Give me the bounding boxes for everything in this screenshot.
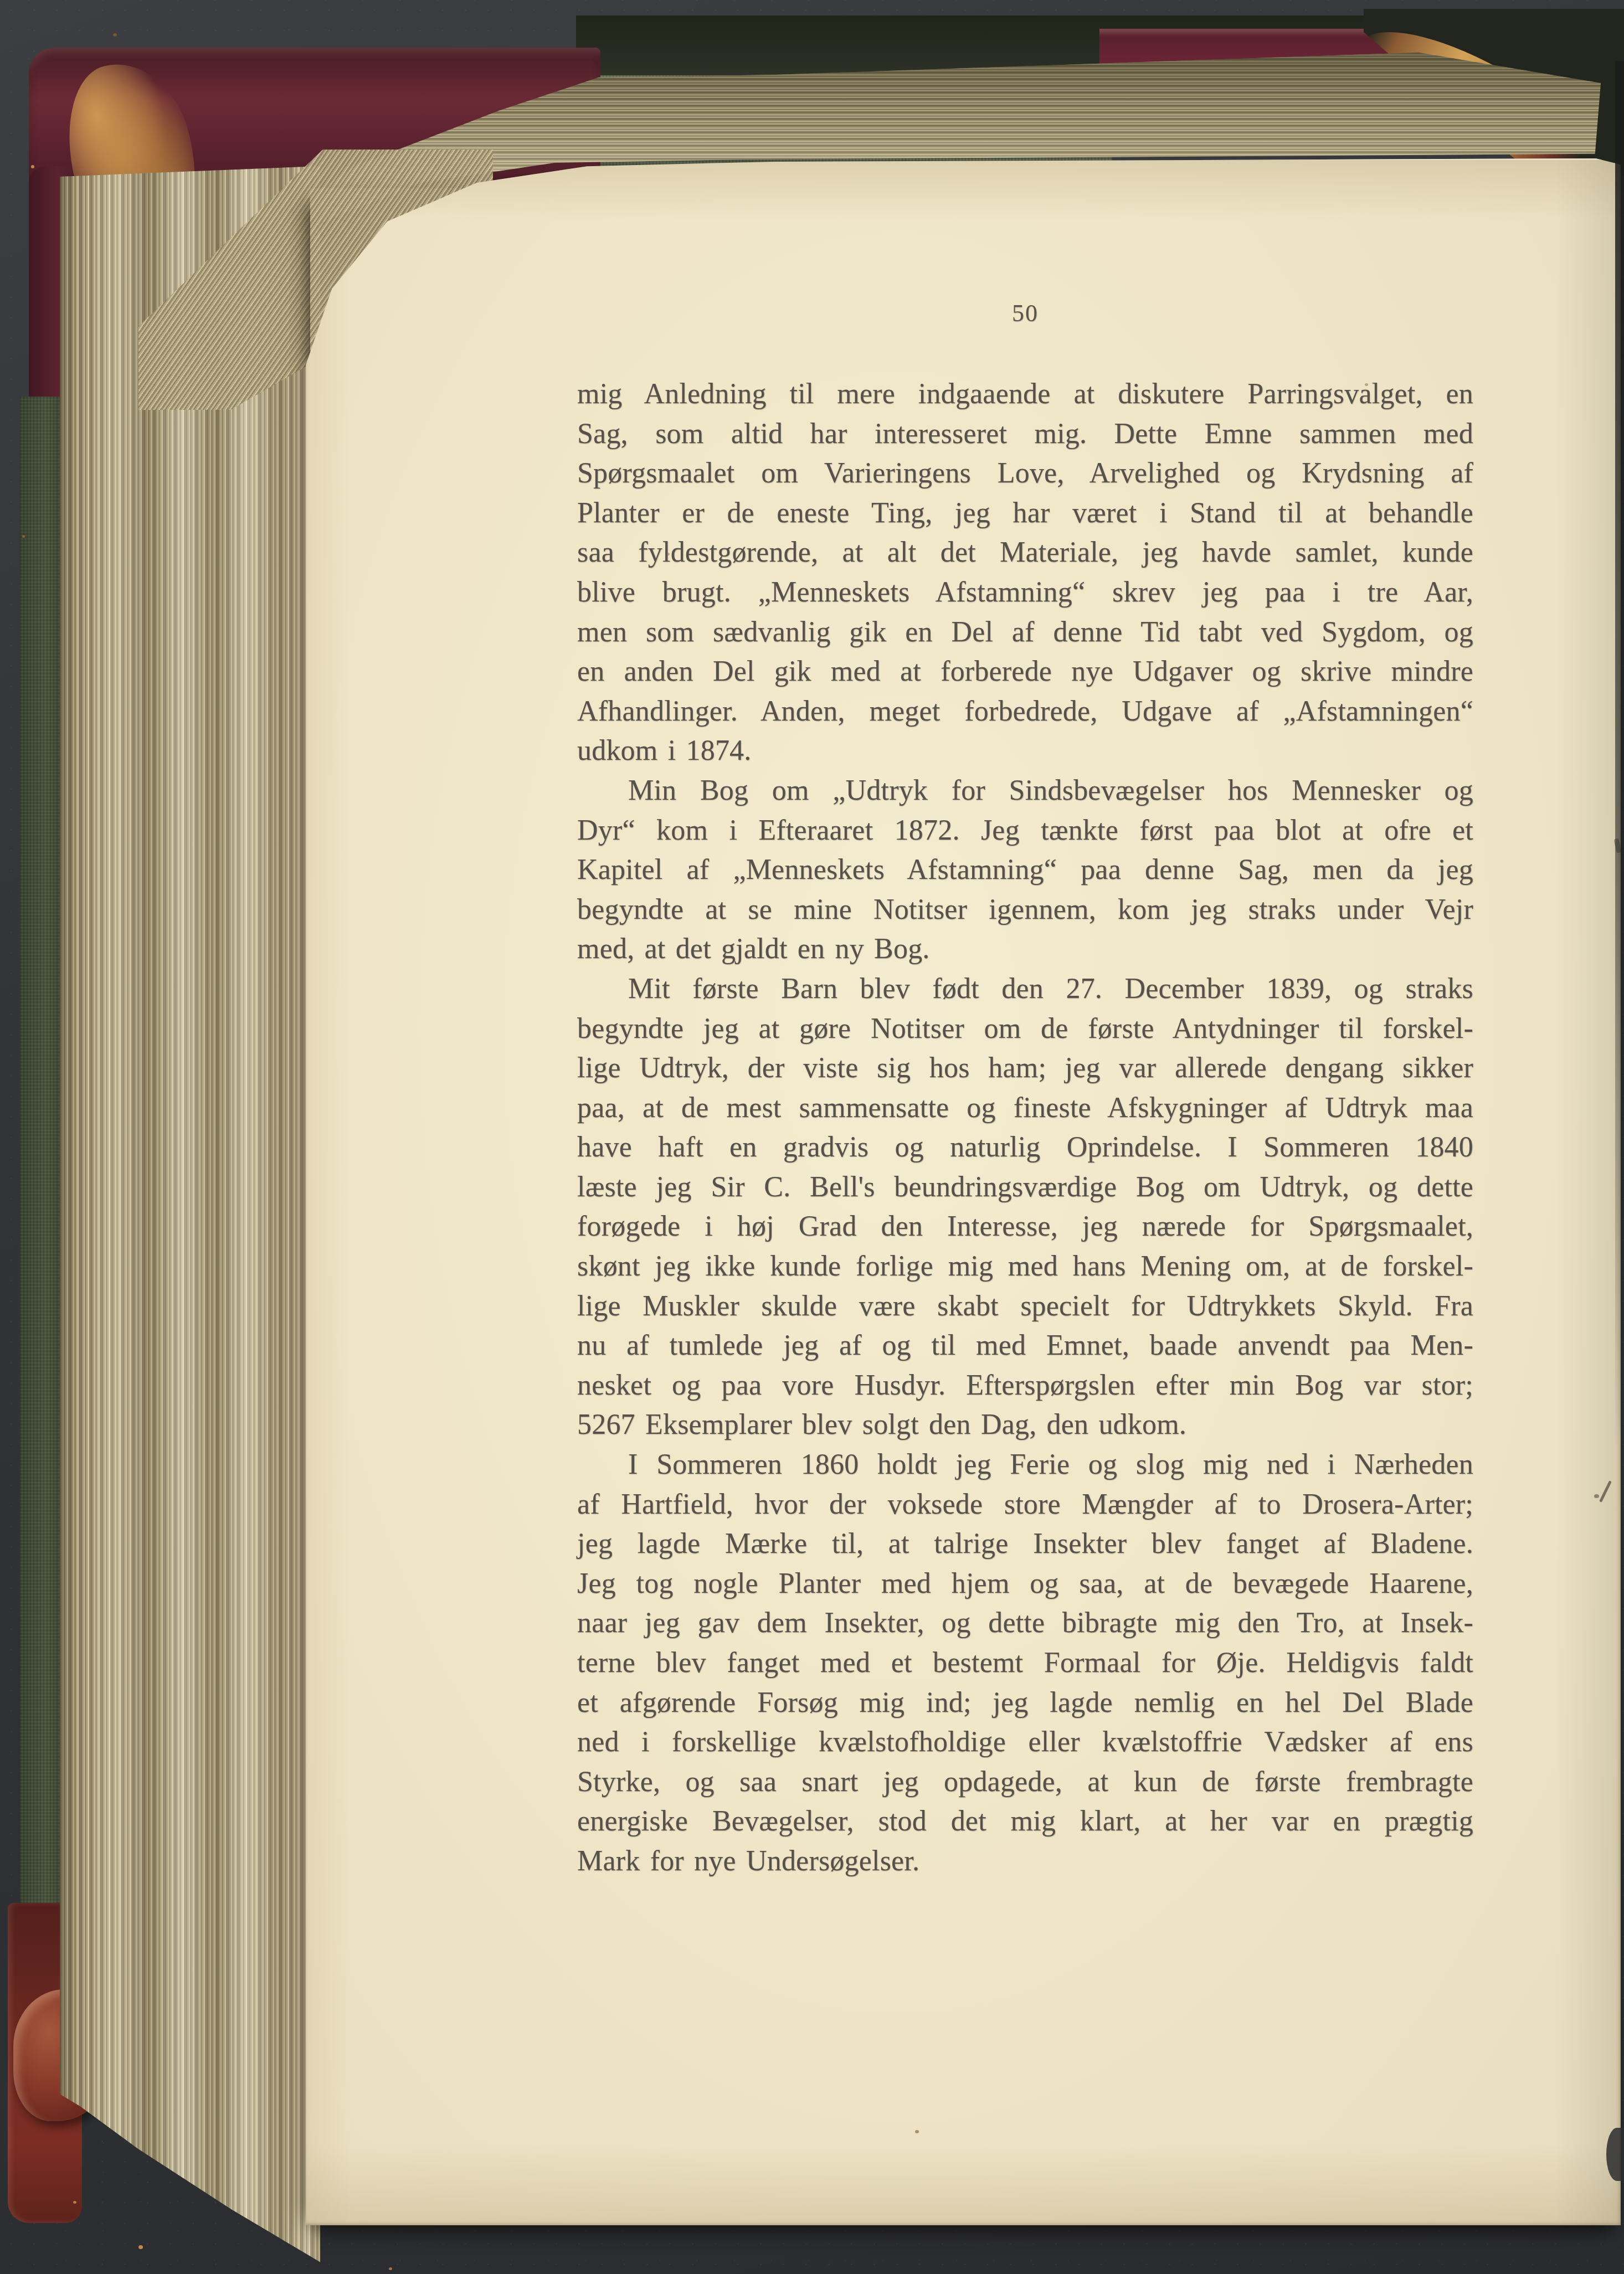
text-line: nesket og paa vore Husdyr. Efterspørgsle…: [577, 1366, 1473, 1406]
text-line: lige Udtryk, der viste sig hos ham; jeg …: [577, 1048, 1473, 1088]
text-line: et afgørende Forsøg mig ind; jeg lagde n…: [577, 1683, 1473, 1723]
text-line: mig Anledning til mere indgaaende at dis…: [577, 374, 1473, 414]
text-line: lige Muskler skulde være skabt specielt …: [577, 1287, 1473, 1326]
dust-crumb: [73, 2201, 76, 2204]
page-number: 50: [577, 296, 1473, 331]
dust-crumb: [138, 2245, 143, 2249]
text-line: forøgede i høj Grad den Interesse, jeg n…: [577, 1207, 1473, 1247]
text-line: Planter er de eneste Ting, jeg har været…: [577, 493, 1473, 533]
page-text-block: mig Anledning til mere indgaaende at dis…: [577, 374, 1473, 1881]
text-line: terne blev fanget med et bestemt Formaal…: [577, 1643, 1473, 1683]
page-edges-left-stack: [60, 166, 320, 2266]
book-photo: 50 mig Anledning til mere indgaaende at …: [0, 0, 1624, 2274]
text-line: Dyr“ kom i Efteraaret 1872. Jeg tænkte f…: [577, 811, 1473, 851]
text-line: Min Bog om „Udtryk for Sindsbevægelser h…: [577, 771, 1473, 811]
text-line: 5267 Eksemplarer blev solgt den Dag, den…: [577, 1405, 1473, 1445]
text-line: begyndte at se mine Notitser igennem, ko…: [577, 890, 1473, 930]
book-page: 50 mig Anledning til mere indgaaende at …: [306, 158, 1621, 2225]
text-line: have haft en gradvis og naturlig Oprinde…: [577, 1128, 1473, 1167]
dust-crumb: [389, 2267, 392, 2270]
text-line: Sag, som altid har interesseret mig. Det…: [577, 414, 1473, 454]
text-line: energiske Bevægelser, stod det mig klart…: [577, 1802, 1473, 1841]
text-line: af Hartfield, hvor der voksede store Mæn…: [577, 1485, 1473, 1525]
text-line: med, at det gjaldt en ny Bog.: [577, 929, 1473, 969]
text-line: udkom i 1874.: [577, 731, 1473, 771]
text-line: skønt jeg ikke kunde forlige mig med han…: [577, 1247, 1473, 1287]
text-line: paa, at de mest sammensatte og fineste A…: [577, 1088, 1473, 1128]
text-line: nu af tumlede jeg af og til med Emnet, b…: [577, 1326, 1473, 1366]
text-line: Mark for nye Undersøgelser.: [577, 1841, 1473, 1881]
text-line: blive brugt. „Menneskets Afstamning“ skr…: [577, 573, 1473, 613]
text-line: Styrke, og saa snart jeg opdagede, at ku…: [577, 1762, 1473, 1802]
text-line: men som sædvanlig gik en Del af denne Ti…: [577, 613, 1473, 652]
text-line: Jeg tog nogle Planter med hjem og saa, a…: [577, 1564, 1473, 1604]
text-line: Kapitel af „Menneskets Afstamning“ paa d…: [577, 850, 1473, 890]
text-line: Spørgsmaalet om Varieringens Love, Arvel…: [577, 454, 1473, 493]
text-line: begyndte jeg at gøre Notitser om de førs…: [577, 1009, 1473, 1049]
text-line: naar jeg gav dem Insekter, og dette bibr…: [577, 1603, 1473, 1643]
text-line: en anden Del gik med at forberede nye Ud…: [577, 652, 1473, 692]
gutter-shadow-right: [1615, 61, 1624, 1457]
dust-crumb: [113, 33, 117, 37]
text-line: saa fyldestgørende, at alt det Materiale…: [577, 533, 1473, 573]
text-line: I Sommeren 1860 holdt jeg Ferie og slog …: [577, 1445, 1473, 1485]
dust-crumb: [22, 535, 25, 538]
paper-speck: [1365, 383, 1368, 386]
ink-smudge: [1599, 1480, 1612, 1503]
dust-crumb: [31, 165, 34, 168]
paper-speck: [915, 2130, 919, 2133]
ink-speck: [1594, 1494, 1599, 1498]
text-line: jeg lagde Mærke til, at talrige Insekter…: [577, 1524, 1473, 1564]
text-line: ned i forskellige kvælstofholdige eller …: [577, 1722, 1473, 1762]
page-curl-shadow: [1606, 2128, 1624, 2181]
text-line: læste jeg Sir C. Bell's beundringsværdig…: [577, 1167, 1473, 1207]
paper-speck: [667, 553, 670, 555]
text-line: Mit første Barn blev født den 27. Decemb…: [577, 969, 1473, 1009]
text-line: Afhandlinger. Anden, meget forbedrede, U…: [577, 692, 1473, 732]
